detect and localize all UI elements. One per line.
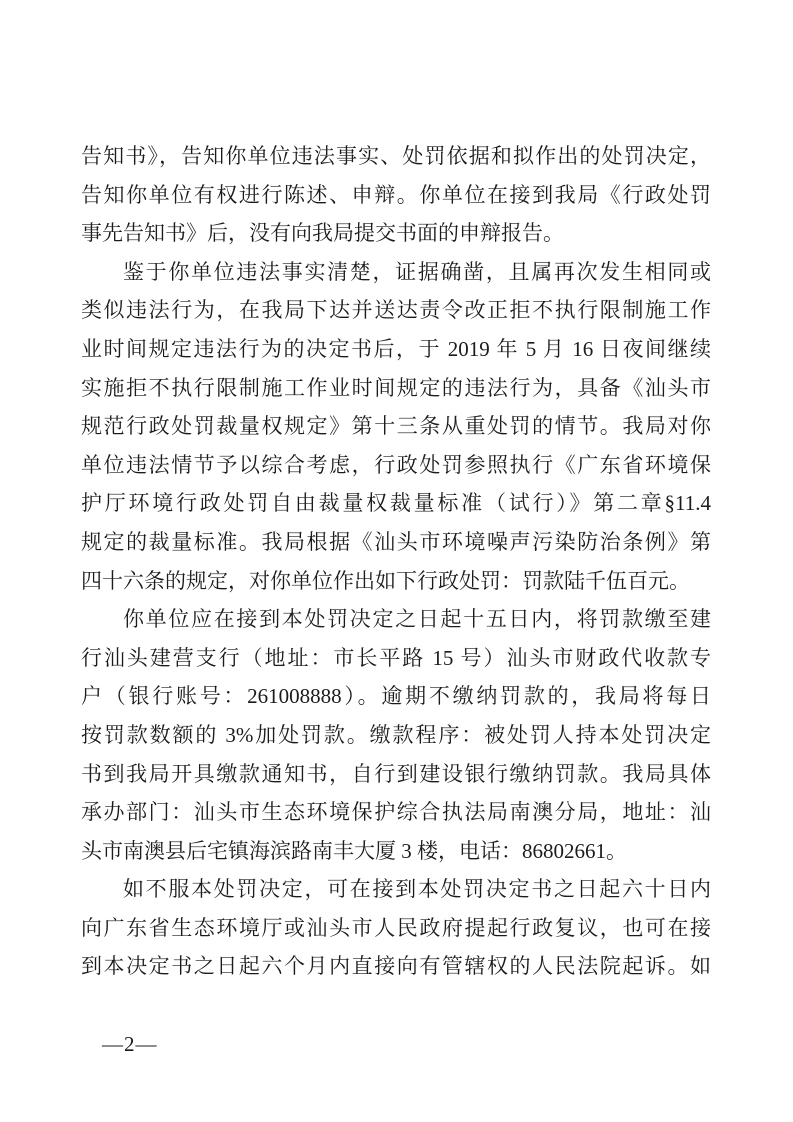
text-line: 告知你单位有权进行陈述、申辩。你单位在接到我局《行政处罚 — [81, 176, 711, 215]
paragraph: 如不服本处罚决定，可在接到本处罚决定书之日起六十日内 向广东省生态环境厅或汕头市… — [81, 870, 711, 986]
text-line: 到本决定书之日起六个月内直接向有管辖权的人民法院起诉。如 — [81, 947, 711, 986]
text-line: 单位违法情节予以综合考虑，行政处罚参照执行《广东省环境保 — [81, 446, 711, 485]
text-line: 行汕头建营支行（地址：市长平路 15 号）汕头市财政代收款专 — [81, 639, 711, 678]
text-line: 鉴于你单位违法事实清楚，证据确凿，且属再次发生相同或 — [81, 253, 711, 292]
page-number: —2— — [102, 1030, 158, 1058]
text-line: 如不服本处罚决定，可在接到本处罚决定书之日起六十日内 — [81, 870, 711, 909]
document-page: 告知书》，告知你单位违法事实、处罚依据和拟作出的处罚决定， 告知你单位有权进行陈… — [0, 0, 793, 1122]
document-body-text: 告知书》，告知你单位违法事实、处罚依据和拟作出的处罚决定， 告知你单位有权进行陈… — [81, 137, 711, 986]
text-line: 规定的裁量标准。我局根据《汕头市环境噪声污染防治条例》第 — [81, 523, 711, 562]
text-line: 实施拒不执行限制施工作业时间规定的违法行为，具备《汕头市 — [81, 369, 711, 408]
paragraph: 你单位应在接到本处罚决定之日起十五日内，将罚款缴至建 行汕头建营支行（地址：市长… — [81, 600, 711, 870]
text-line: 书到我局开具缴款通知书，自行到建设银行缴纳罚款。我局具体 — [81, 755, 711, 794]
text-line: 按罚款数额的 3%加处罚款。缴款程序：被处罚人持本处罚决定 — [81, 716, 711, 755]
paragraph: 告知书》，告知你单位违法事实、处罚依据和拟作出的处罚决定， 告知你单位有权进行陈… — [81, 137, 711, 253]
text-line: 你单位应在接到本处罚决定之日起十五日内，将罚款缴至建 — [81, 600, 711, 639]
text-line: 头市南澳县后宅镇海滨路南丰大厦 3 楼，电话：86802661。 — [81, 832, 711, 871]
text-line: 承办部门：汕头市生态环境保护综合执法局南澳分局，地址：汕 — [81, 793, 711, 832]
text-line: 业时间规定违法行为的决定书后，于 2019 年 5 月 16 日夜间继续 — [81, 330, 711, 369]
text-line: 规范行政处罚裁量权规定》第十三条从重处罚的情节。我局对你 — [81, 407, 711, 446]
text-line: 类似违法行为，在我局下达并送达责令改正拒不执行限制施工作 — [81, 291, 711, 330]
text-line: 事先告知书》后，没有向我局提交书面的申辩报告。 — [81, 214, 711, 253]
text-line: 告知书》，告知你单位违法事实、处罚依据和拟作出的处罚决定， — [81, 137, 711, 176]
text-line: 四十六条的规定，对你单位作出如下行政处罚：罚款陆千伍百元。 — [81, 562, 711, 601]
text-line: 护厅环境行政处罚自由裁量权裁量标准（试行）》第二章§11.4 — [81, 484, 711, 523]
paragraph: 鉴于你单位违法事实清楚，证据确凿，且属再次发生相同或 类似违法行为，在我局下达并… — [81, 253, 711, 600]
text-line: 向广东省生态环境厅或汕头市人民政府提起行政复议，也可在接 — [81, 909, 711, 948]
text-line: 户（银行账号：261008888）。逾期不缴纳罚款的，我局将每日 — [81, 677, 711, 716]
